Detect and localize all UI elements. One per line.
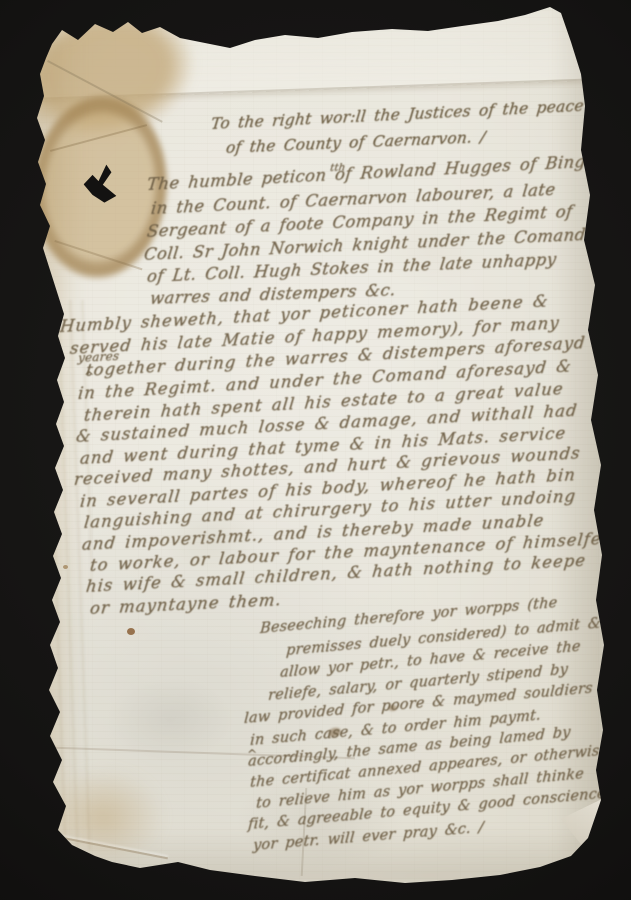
scan-backdrop: To the right wor:ll the Justices of the …: [0, 0, 631, 900]
foxing-spot: [127, 628, 135, 635]
abbreviation-mark: tth: [329, 161, 346, 174]
insertion-caret: ^: [247, 747, 257, 761]
manuscript-page: To the right wor:ll the Justices of the …: [0, 0, 631, 900]
foxing-spot: [63, 565, 68, 569]
